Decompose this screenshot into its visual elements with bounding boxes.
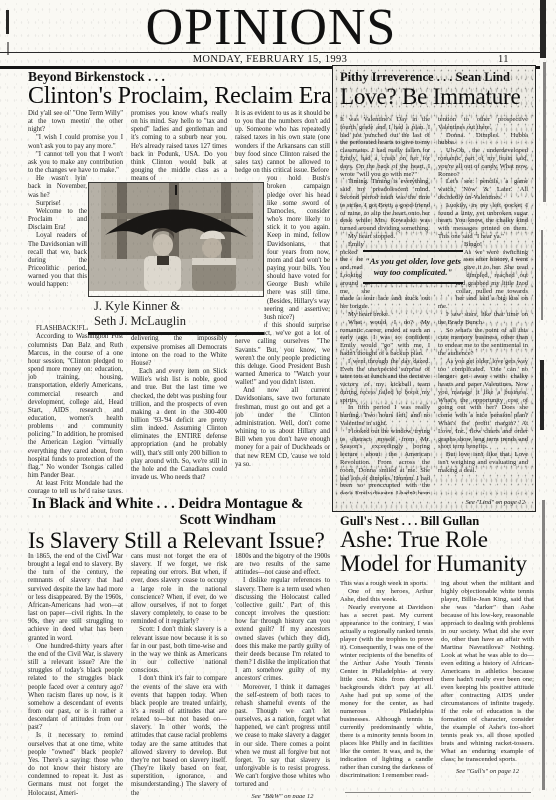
pull-quote: "As you get older, love gets way too com… [363, 250, 463, 284]
ashe-headline-line1: Ashe: True Role [340, 528, 527, 552]
ashe-col2-text: ing about when the militant and highly o… [441, 580, 534, 764]
newspaper-opinions-page: OPINIONS MONDAY, FEBRUARY 15, 1993 11 Be… [0, 0, 556, 800]
scan-artifact-right-top [540, 0, 546, 58]
umbrella-photo-illustration [89, 183, 263, 291]
scan-artifact-right-strip4 [542, 500, 545, 790]
ashe-column-1: This was a rough week in sports.One of m… [340, 580, 433, 790]
love-col1-top: It was Valentine's Day in the fourth gra… [340, 116, 430, 241]
love-continuation: See "Lind" on page 12 [466, 499, 525, 506]
slavery-column-3: 1800s and the bigotry of the 1900s are t… [235, 553, 330, 798]
slavery-continuation: See "B&W" on page 12 [235, 793, 330, 798]
love-article-box: Pithy Irreverence . . . Sean Lind Love? … [332, 65, 536, 512]
clinton-body: Did y'all see ol' "One Term Willy" at th… [28, 110, 330, 498]
photo-caption-rule [88, 332, 264, 335]
love-column-1: It was Valentine's Day in the fourth gra… [340, 116, 430, 494]
slavery-column-2: cans must not forget the era of slavery.… [131, 553, 227, 798]
slavery-col1-text: In 1865, the end of the Civil War brough… [28, 553, 123, 798]
date-line: MONDAY, FEBRUARY 15, 1993 [0, 54, 540, 65]
love-column-2: tention to other prospective Valentines … [438, 116, 528, 494]
love-headline: Love? Be Immature [340, 85, 521, 108]
love-kicker: Pithy Irreverence . . . Sean Lind [340, 70, 510, 85]
clinton-col3-top: It is as evident to us as it should be t… [235, 110, 330, 175]
clinton-col2-bottom: delivering the impossibly expensive prom… [131, 335, 227, 482]
clinton-headline: Clinton's Proclaim, Reclaim Era [28, 84, 333, 108]
ashe-column-2: ing about when the militant and highly o… [441, 580, 534, 790]
section-masthead-title: OPINIONS [0, 2, 542, 54]
slavery-headline: Is Slavery Still a Relevant Issue? [28, 529, 333, 552]
bw-kicker-line1: In Black and White . . . Deidra Montague… [32, 497, 332, 512]
scan-artifact-right-strip2 [541, 230, 543, 320]
photo-caption-line2: Seth J. McLauglin [94, 314, 264, 329]
scan-artifact-right-strip1 [543, 62, 546, 202]
page-number: 11 [498, 54, 528, 65]
slavery-col3-text: 1800s and the bigotry of the 1900s are t… [235, 553, 330, 790]
slavery-col2-text: cans must not forget the era of slavery.… [131, 553, 227, 798]
ashe-headline-line2: Model for Humanity [340, 552, 527, 576]
photo-frame [88, 182, 264, 297]
ashe-headline: Ashe: True Role Model for Humanity [340, 528, 527, 576]
scan-artifact-right-strip3 [540, 360, 544, 430]
bottom-section-rule [345, 792, 531, 793]
masthead-rule-top [0, 52, 540, 53]
clinton-col2-top: promises you know what's really on his m… [131, 110, 227, 183]
photo-caption: J. Kyle Kinner & Seth J. McLauglin [88, 297, 264, 332]
slavery-column-1: In 1865, the end of the Civil War brough… [28, 553, 123, 798]
slavery-body: In 1865, the end of the Civil War brough… [28, 553, 330, 798]
scan-artifact-left-top [6, 10, 9, 34]
scan-artifact-left-small [7, 42, 9, 55]
ashe-col1-text: This was a rough week in sports.One of m… [340, 580, 433, 780]
bw-kicker-line2: Scott Windham [32, 512, 332, 529]
clinton-col1-top: Did y'all see ol' "One Term Willy" at th… [28, 110, 123, 175]
photo-caption-line1: J. Kyle Kinner & [94, 299, 264, 314]
ashe-continuation: See "Gull's" on page 12 [441, 768, 534, 776]
love-col2-top: tention to other prospective Valentines … [438, 116, 528, 241]
ashe-body: This was a rough week in sports.One of m… [340, 580, 534, 790]
clinton-photo: J. Kyle Kinner & Seth J. McLauglin [88, 182, 264, 335]
